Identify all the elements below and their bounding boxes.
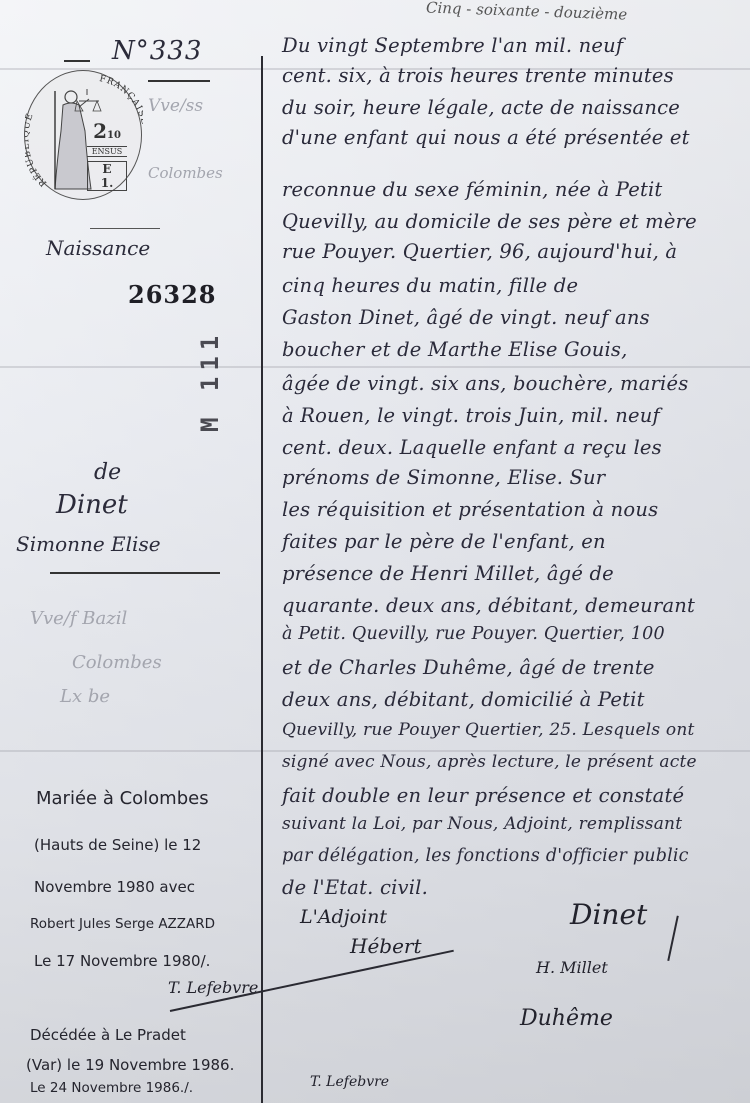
pencil-note: Vve/ss (148, 96, 203, 116)
given-names: Simonne Elise (16, 532, 161, 556)
body-line: et de Charles Duhême, âgé de trente (282, 656, 744, 679)
marriage-note-line: Le 17 Novembre 1980/. (34, 954, 210, 969)
death-note-line: Décédée à Le Pradet (30, 1028, 186, 1043)
body-line: boucher et de Marthe Elise Gouis, (282, 338, 744, 361)
body-line: Gaston Dinet, âgé de vingt. neuf ans (282, 306, 744, 329)
pencil-note: Colombes (72, 652, 162, 673)
stamp-value: 210 ENSUS E1. (87, 121, 127, 191)
marriage-note-line: (Hauts de Seine) le 12 (34, 838, 201, 853)
body-line: deux ans, débitant, domicilié à Petit (282, 688, 744, 711)
surname: Dinet (56, 490, 128, 520)
svg-text:RÉPUBLIQUE: RÉPUBLIQUE (25, 112, 49, 188)
body-line: reconnue du sexe féminin, née à Petit (282, 178, 744, 201)
stamp-arc-left: RÉPUBLIQUE (25, 112, 49, 188)
act-number-underline (148, 80, 210, 82)
death-note-line: Le 24 Novembre 1986./. (30, 1082, 193, 1096)
body-line: fait double en leur présence et constaté (282, 784, 744, 807)
register-number: 26328 (128, 280, 217, 309)
margin-rule (261, 56, 263, 1103)
witness-signature: H. Millet (536, 958, 608, 977)
official-title: L'Adjoint (300, 906, 387, 928)
body-line: Du vingt Septembre l'an mil. neuf (282, 34, 744, 57)
body-line: de l'Etat. civil. (282, 876, 744, 899)
body-line: faites par le père de l'enfant, en (282, 530, 744, 553)
death-signature: T. Lefebvre (310, 1074, 389, 1090)
body-line: quarante. deux ans, débitant, demeurant (282, 594, 744, 617)
body-line: suivant la Loi, par Nous, Adjoint, rempl… (282, 814, 744, 834)
label-rule (90, 228, 160, 229)
body-line: par délégation, les fonctions d'officier… (282, 846, 744, 866)
marriage-note-line: Robert Jules Serge AZZARD (30, 918, 215, 932)
vertical-stamp: M 111 (196, 330, 224, 432)
body-line: à Petit. Quevilly, rue Pouyer. Quertier,… (282, 624, 744, 644)
witness-signature: Duhême (520, 1006, 613, 1031)
father-signature: Dinet (570, 898, 647, 931)
act-type-label: Naissance (46, 236, 150, 260)
body-line: cent. six, à trois heures trente minutes (282, 64, 744, 87)
body-line: cinq heures du matin, fille de (282, 274, 744, 297)
body-line: à Rouen, le vingt. trois Juin, mil. neuf (282, 404, 744, 427)
marriage-note-line: Mariée à Colombes (36, 790, 209, 808)
body-line: prénoms de Simonne, Elise. Sur (282, 466, 744, 489)
body-line: du soir, heure légale, acte de naissance (282, 96, 744, 119)
body-line: d'une enfant qui nous a été présentée et (282, 126, 744, 149)
act-number: N°333 (112, 36, 202, 66)
body-line: rue Pouyer. Quertier, 96, aujourd'hui, à (282, 240, 744, 263)
pencil-note: Colombes (148, 164, 223, 182)
header-dash (64, 60, 90, 62)
body-line: présence de Henri Millet, âgé de (282, 562, 744, 585)
body-line: cent. deux. Laquelle enfant a reçu les (282, 436, 744, 459)
paper-fold (0, 366, 750, 368)
body-line: Quevilly, au domicile de ses père et mèr… (282, 210, 744, 233)
body-line: les réquisition et présentation à nous (282, 498, 744, 521)
body-line: signé avec Nous, après lecture, le prése… (282, 752, 744, 772)
name-rule (50, 572, 220, 574)
pencil-note: Lx be (60, 686, 110, 707)
of-label: de (94, 460, 121, 485)
death-note-line: (Var) le 19 Novembre 1986. (26, 1058, 234, 1073)
body-line: âgée de vingt. six ans, bouchère, mariés (282, 372, 744, 395)
pencil-note: Vve/f Bazil (30, 608, 127, 629)
body-line: Quevilly, rue Pouyer Quertier, 25. Lesqu… (282, 720, 744, 740)
official-signature: Hébert (350, 934, 422, 958)
marriage-note-line: Novembre 1980 avec (34, 880, 195, 895)
fiscal-stamp: RÉPUBLIQUE FRANÇAISE 210 ENSUS E1. (24, 70, 142, 200)
